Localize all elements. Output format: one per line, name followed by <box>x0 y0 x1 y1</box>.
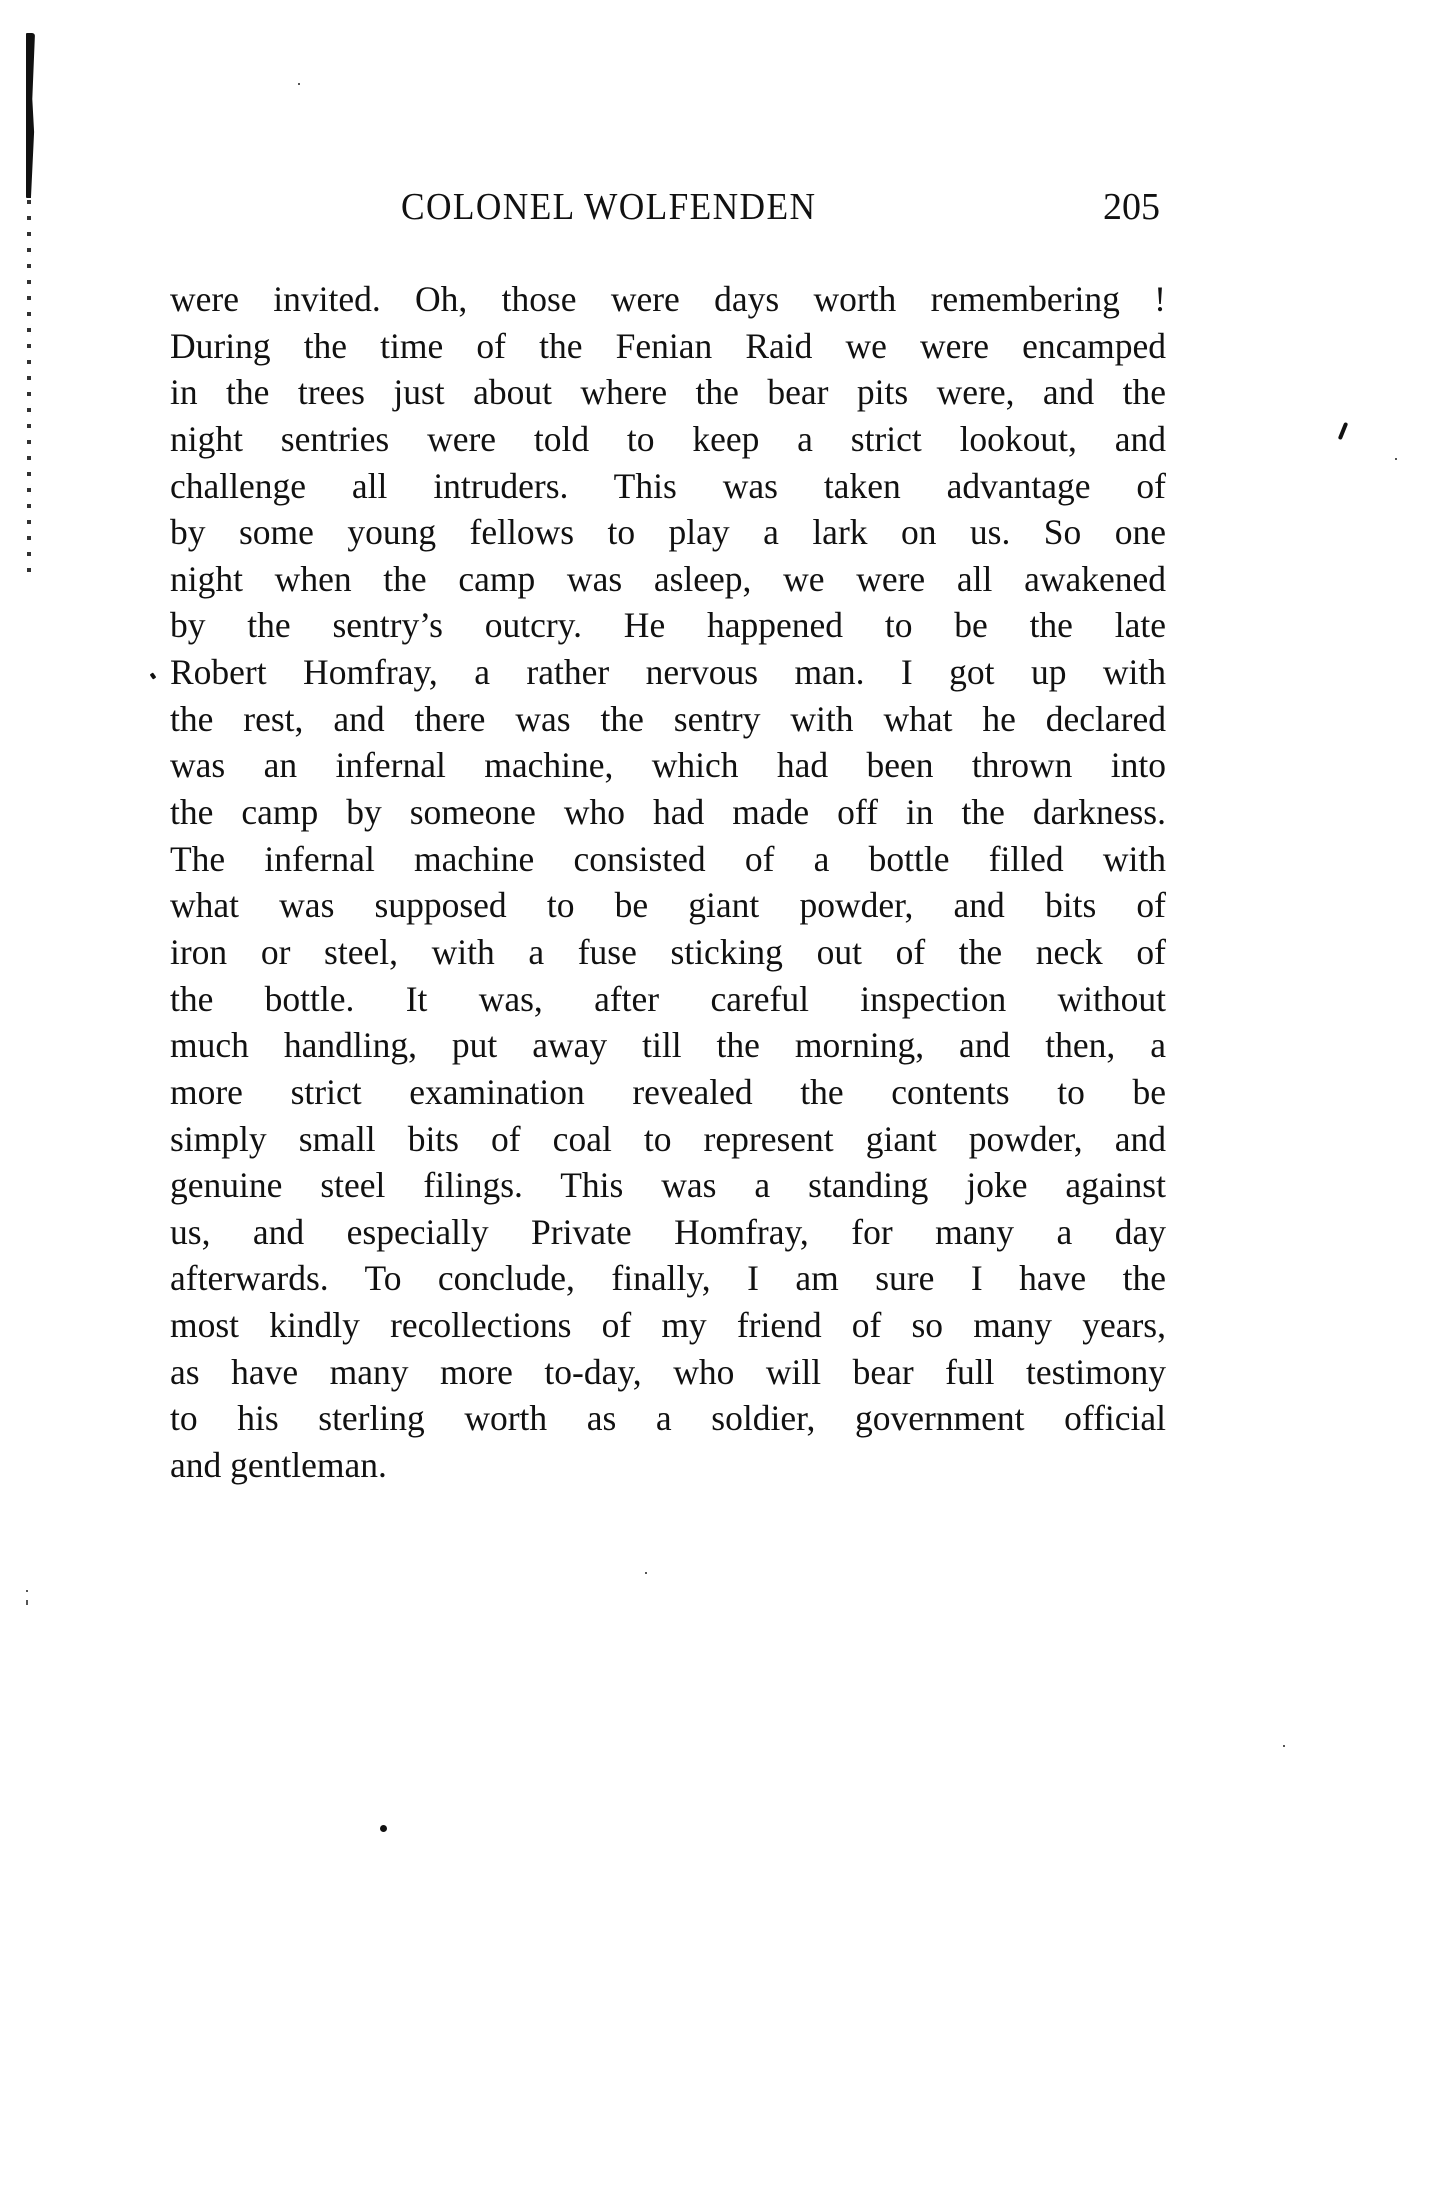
speck <box>1283 1745 1285 1747</box>
speck <box>26 1600 28 1605</box>
text-line: afterwards. To conclude, finally, I am s… <box>170 1255 1166 1302</box>
speck <box>645 1572 647 1574</box>
text-line: night when the camp was asleep, we were … <box>170 556 1166 603</box>
text-line: the camp by someone who had made off in … <box>170 789 1166 836</box>
text-line: most kindly recollections of my friend o… <box>170 1302 1166 1349</box>
text-line: as have many more to-day, who will bear … <box>170 1349 1166 1396</box>
text-line: simply small bits of coal to represent g… <box>170 1116 1166 1163</box>
text-line-last: and gentleman. <box>170 1442 1166 1489</box>
text-line: the rest, and there was the sentry with … <box>170 696 1166 743</box>
text-line: was an infernal machine, which had been … <box>170 742 1166 789</box>
text-line: us, and especially Private Homfray, for … <box>170 1209 1166 1256</box>
running-head: COLONEL WOLFENDEN 205 <box>401 182 1161 232</box>
speck <box>1395 458 1397 460</box>
text-line: genuine steel filings. This was a standi… <box>170 1162 1166 1209</box>
text-line: were invited. Oh, those were days worth … <box>170 276 1166 323</box>
text-line: by some young fellows to play a lark on … <box>170 509 1166 556</box>
speck <box>26 1590 28 1592</box>
text-line: more strict examination revealed the con… <box>170 1069 1166 1116</box>
text-line: challenge all intruders. This was taken … <box>170 463 1166 510</box>
text-line: by the sentry’s outcry. He happened to b… <box>170 602 1166 649</box>
text-line: Robert Homfray, a rather nervous man. I … <box>170 649 1166 696</box>
scan-edge-artifact <box>26 33 35 198</box>
text-line: The infernal machine consisted of a bott… <box>170 836 1166 883</box>
speck <box>298 83 300 85</box>
text-line: night sentries were told to keep a stric… <box>170 416 1166 463</box>
text-line: in the trees just about where the bear p… <box>170 369 1166 416</box>
page-number: 205 <box>1103 182 1160 232</box>
body-text: were invited. Oh, those were days worth … <box>170 276 1166 1489</box>
text-line: iron or steel, with a fuse sticking out … <box>170 929 1166 976</box>
text-line: much handling, put away till the morning… <box>170 1022 1166 1069</box>
book-page: COLONEL WOLFENDEN 205 were invited. Oh, … <box>0 0 1442 2196</box>
stray-tick-mark <box>150 672 157 679</box>
text-line: to his sterling worth as a soldier, gove… <box>170 1395 1166 1442</box>
scan-edge-dots-artifact <box>27 200 31 580</box>
text-line: the bottle. It was, after careful inspec… <box>170 976 1166 1023</box>
chapter-title: COLONEL WOLFENDEN <box>401 182 816 232</box>
stray-dot <box>380 1825 387 1832</box>
text-line: During the time of the Fenian Raid we we… <box>170 323 1166 370</box>
text-line: what was supposed to be giant powder, an… <box>170 882 1166 929</box>
stray-mark <box>1338 422 1348 440</box>
